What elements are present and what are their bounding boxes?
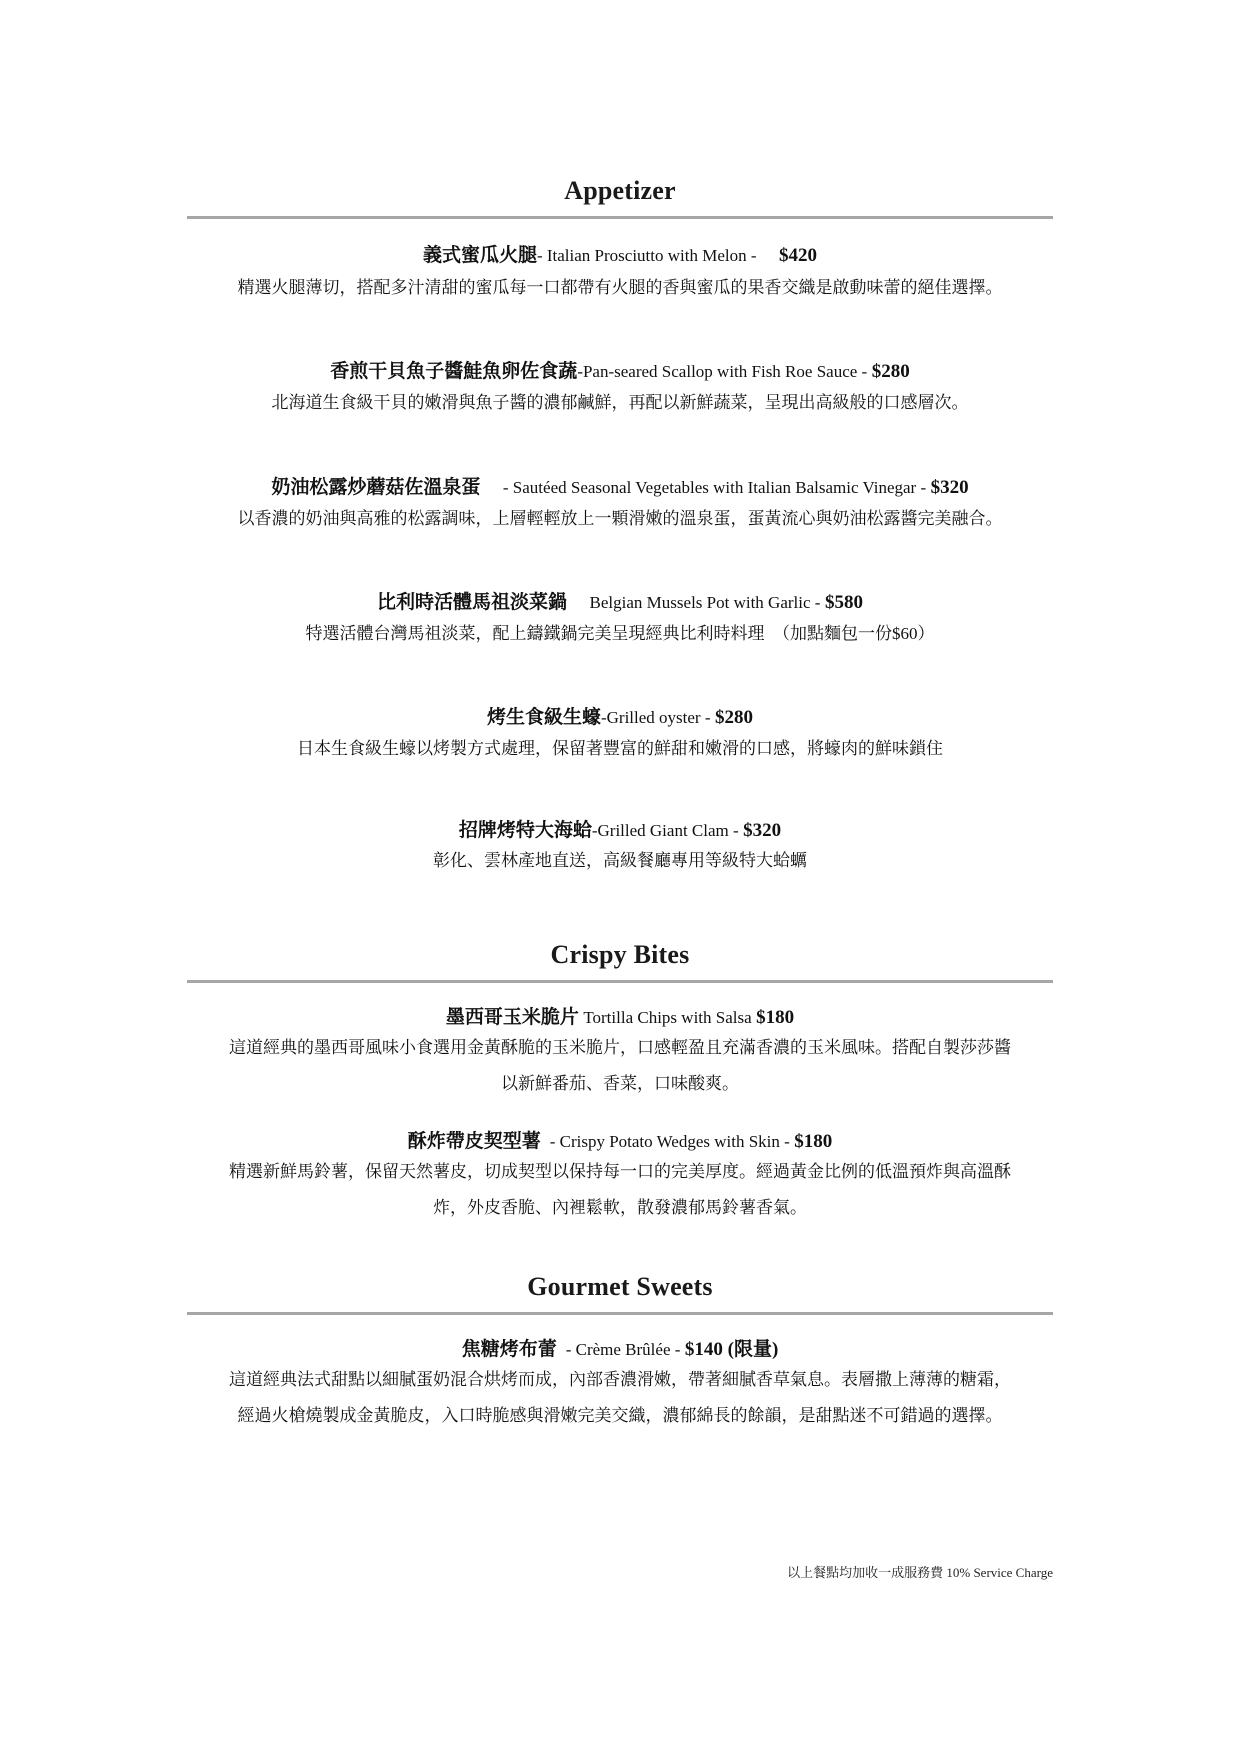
menu-item-description: 精選新鮮馬鈴薯，保留天然薯皮，切成契型以保持每一口的完美厚度。經過黃金比例的低溫… xyxy=(187,1154,1053,1226)
item-name-zh: 奶油松露炒蘑菇佐溫泉蛋 xyxy=(271,477,480,498)
item-name-en: -Pan-seared Scallop with Fish Roe Sauce … xyxy=(577,362,867,381)
menu-item-description: 北海道生食級干貝的嫩滑與魚子醬的濃郁鹹鮮，再配以新鮮蔬菜，呈現出高級般的口感層次… xyxy=(187,385,1053,421)
section-divider xyxy=(187,216,1053,219)
menu-page: Appetizer 義式蜜瓜火腿- Italian Prosciutto wit… xyxy=(0,0,1241,1755)
menu-item-description: 特選活體台灣馬祖淡菜，配上鑄鐵鍋完美呈現經典比利時料理 （加點麵包一份$60） xyxy=(187,616,1053,652)
item-name-zh: 招牌烤特大海蛤 xyxy=(459,820,592,841)
section-title-gourmet-sweets: Gourmet Sweets xyxy=(187,1272,1053,1302)
section-divider xyxy=(187,980,1053,983)
item-price: $280 xyxy=(715,707,753,728)
item-price: $420 xyxy=(779,245,817,266)
item-name-zh: 香煎干貝魚子醬鮭魚卵佐食蔬 xyxy=(330,361,577,382)
item-name-en: - Sautéed Seasonal Vegetables with Itali… xyxy=(503,478,926,497)
menu-item-description: 彰化、雲林產地直送，高級餐廳專用等級特大蛤蠣 xyxy=(187,843,1053,879)
item-name-zh: 墨西哥玉米脆片 xyxy=(446,1007,579,1028)
item-name-en: - Crème Brûlée - xyxy=(566,1340,681,1359)
description-line: 精選新鮮馬鈴薯，保留天然薯皮，切成契型以保持每一口的完美厚度。經過黃金比例的低溫… xyxy=(187,1154,1053,1190)
item-name-en: Tortilla Chips with Salsa xyxy=(583,1008,751,1027)
service-charge-note: 以上餐點均加收一成服務費 10% Service Charge xyxy=(787,1562,1053,1581)
item-name-zh: 焦糖烤布蕾 xyxy=(462,1339,557,1360)
description-line: 這道經典的墨西哥風味小食選用金黃酥脆的玉米脆片，口感輕盈且充滿香濃的玉米風味。搭… xyxy=(187,1030,1053,1066)
menu-item-title: 墨西哥玉米脆片 Tortilla Chips with Salsa $180 xyxy=(187,1002,1053,1029)
item-name-zh: 比利時活體馬祖淡菜鍋 xyxy=(377,592,567,613)
section-divider xyxy=(187,1312,1053,1315)
item-name-en: -Grilled oyster - xyxy=(601,708,711,727)
section-title-appetizer: Appetizer xyxy=(187,176,1053,206)
description-line: 以新鮮番茄、香菜，口味酸爽。 xyxy=(187,1066,1053,1102)
menu-item-description: 以香濃的奶油與高雅的松露調味，上層輕輕放上一顆滑嫩的溫泉蛋，蛋黃流心與奶油松露醬… xyxy=(187,501,1053,537)
item-name-zh: 烤生食級生蠔 xyxy=(487,707,601,728)
menu-item-title: 奶油松露炒蘑菇佐溫泉蛋 - Sautéed Seasonal Vegetable… xyxy=(187,472,1053,499)
description-line: 這道經典法式甜點以細膩蛋奶混合烘烤而成，內部香濃滑嫩，帶著細膩香草氣息。表層撒上… xyxy=(187,1362,1053,1398)
menu-item-title: 香煎干貝魚子醬鮭魚卵佐食蔬-Pan-seared Scallop with Fi… xyxy=(187,356,1053,383)
item-name-zh: 義式蜜瓜火腿 xyxy=(423,245,537,266)
menu-item-description: 這道經典的墨西哥風味小食選用金黃酥脆的玉米脆片，口感輕盈且充滿香濃的玉米風味。搭… xyxy=(187,1030,1053,1102)
menu-item-title: 烤生食級生蠔-Grilled oyster - $280 xyxy=(187,702,1053,729)
item-price: $580 xyxy=(825,592,863,613)
item-name-en: -Grilled Giant Clam - xyxy=(592,821,739,840)
item-name-zh: 酥炸帶皮契型薯 xyxy=(408,1131,541,1152)
section-title-crispy-bites: Crispy Bites xyxy=(187,940,1053,970)
description-line: 炸，外皮香脆、內裡鬆軟，散發濃郁馬鈴薯香氣。 xyxy=(187,1190,1053,1226)
item-price: $320 xyxy=(743,820,781,841)
menu-item-title: 酥炸帶皮契型薯 - Crispy Potato Wedges with Skin… xyxy=(187,1126,1053,1153)
item-price: $180 xyxy=(756,1007,794,1028)
item-price: $280 xyxy=(872,361,910,382)
menu-item-description: 這道經典法式甜點以細膩蛋奶混合烘烤而成，內部香濃滑嫩，帶著細膩香草氣息。表層撒上… xyxy=(187,1362,1053,1434)
item-name-en: Belgian Mussels Pot with Garlic - xyxy=(590,593,821,612)
item-name-en: - Crispy Potato Wedges with Skin - xyxy=(550,1132,790,1151)
description-line: 經過火槍燒製成金黃脆皮，入口時脆感與滑嫩完美交織，濃郁綿長的餘韻，是甜點迷不可錯… xyxy=(187,1398,1053,1434)
menu-item-title: 焦糖烤布蕾 - Crème Brûlée - $140 (限量) xyxy=(187,1334,1053,1361)
menu-item-description: 日本生食級生蠔以烤製方式處理，保留著豐富的鮮甜和嫩滑的口感，將蠔肉的鮮味鎖住 xyxy=(187,731,1053,767)
item-price: $180 xyxy=(794,1131,832,1152)
item-price: $320 xyxy=(931,477,969,498)
menu-item-title: 招牌烤特大海蛤-Grilled Giant Clam - $320 xyxy=(187,815,1053,842)
item-price: $140 (限量) xyxy=(685,1339,778,1360)
menu-item-title: 義式蜜瓜火腿- Italian Prosciutto with Melon - … xyxy=(187,240,1053,267)
menu-item-description: 精選火腿薄切，搭配多汁清甜的蜜瓜每一口都帶有火腿的香與蜜瓜的果香交織是啟動味蕾的… xyxy=(187,270,1053,306)
item-name-en: - Italian Prosciutto with Melon - xyxy=(537,246,757,265)
menu-item-title: 比利時活體馬祖淡菜鍋 Belgian Mussels Pot with Garl… xyxy=(187,587,1053,614)
